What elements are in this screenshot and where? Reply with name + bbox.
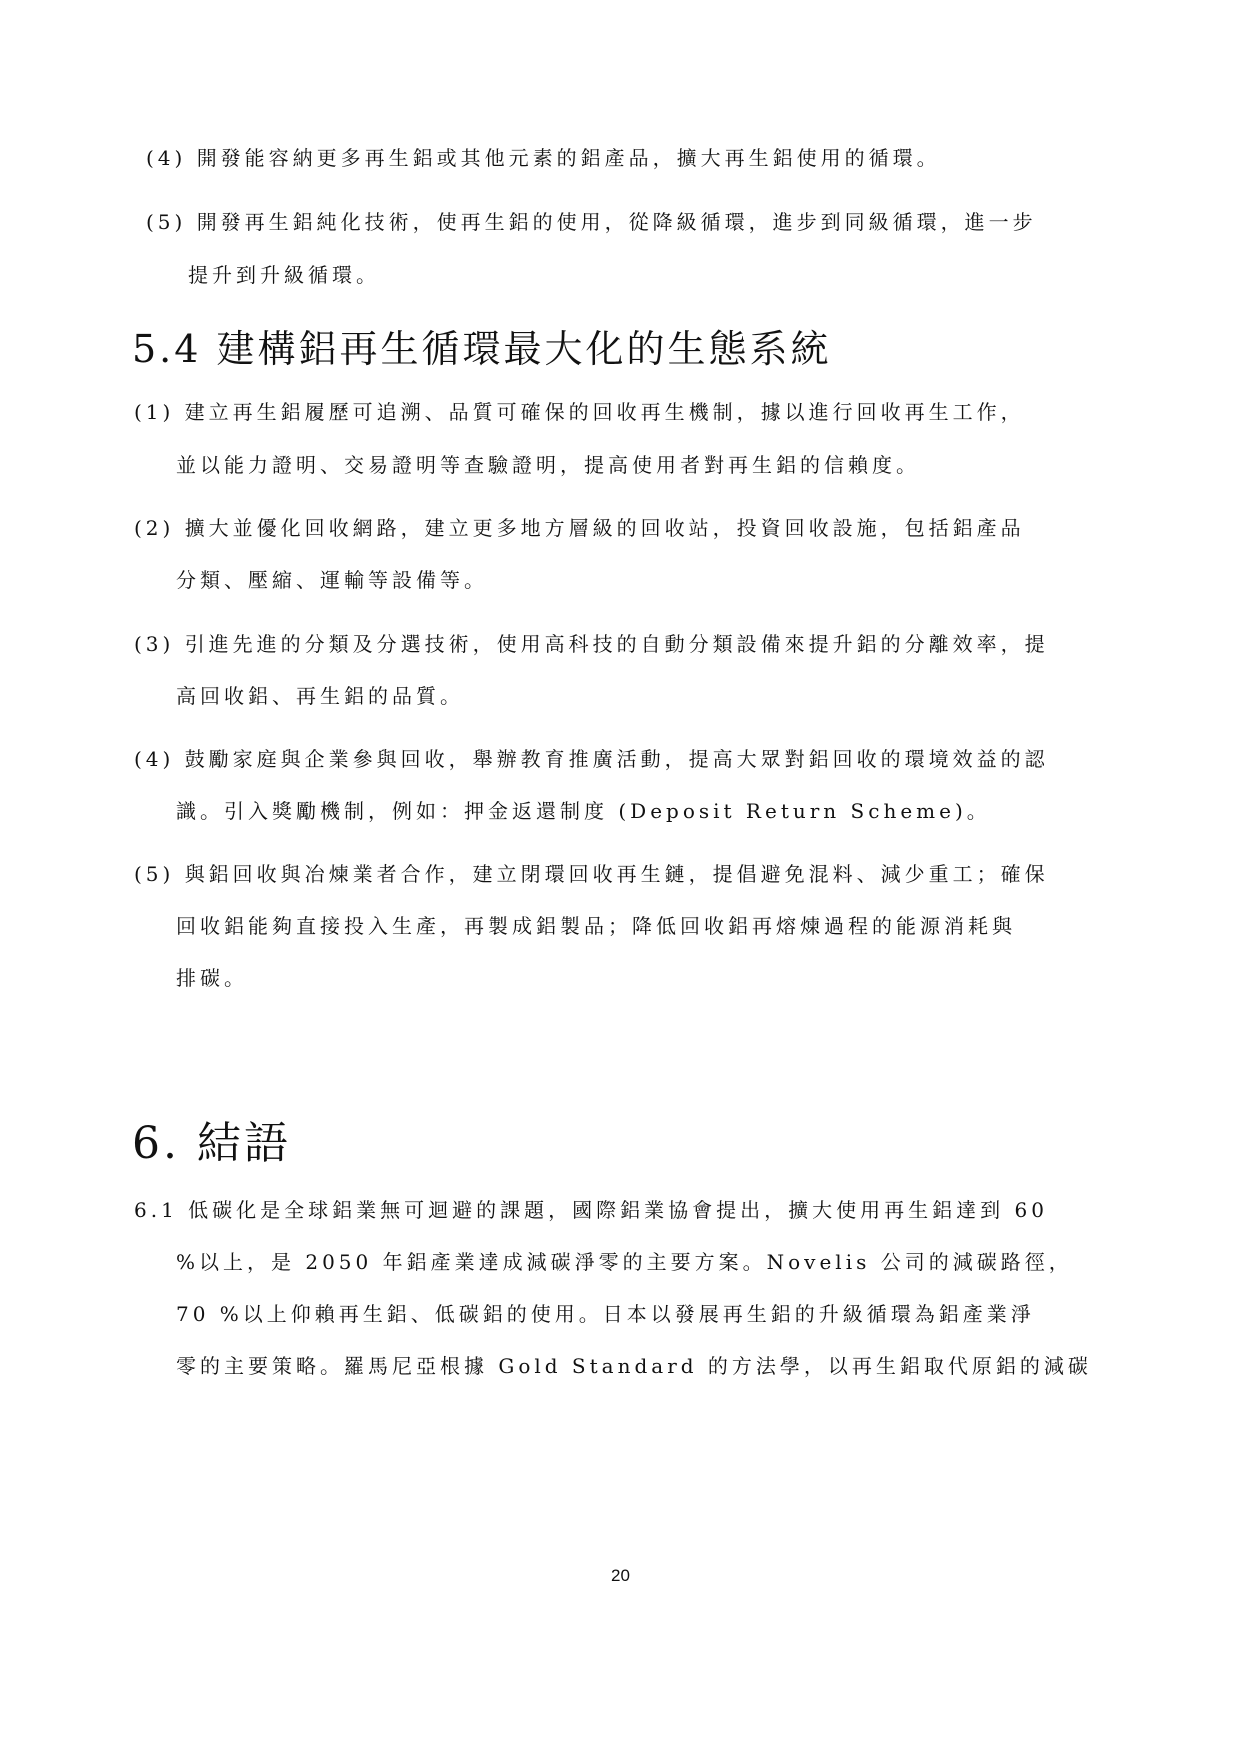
eco-item-5-cont2: 排碳。 (176, 968, 248, 988)
eco-item-1-cont: 並以能力證明、交易證明等查驗證明，提高使用者對再生鋁的信賴度。 (176, 455, 920, 475)
eco-item-2: (2) 擴大並優化回收網路，建立更多地方層級的回收站，投資回收設施，包括鋁產品 (134, 518, 1025, 538)
eco-item-2-cont: 分類、壓縮、運輸等設備等。 (176, 570, 488, 590)
list-item-4: (4) 開發能容納更多再生鋁或其他元素的鋁產品，擴大再生鋁使用的循環。 (146, 148, 941, 168)
para-6-1-cont: %以上，是 2050 年鋁產業達成減碳淨零的主要方案。Novelis 公司的減碳… (176, 1252, 1073, 1272)
eco-item-4: (4) 鼓勵家庭與企業參與回收，舉辦教育推廣活動，提高大眾對鋁回收的環境效益的認 (134, 749, 1049, 769)
eco-item-5-cont: 回收鋁能夠直接投入生產，再製成鋁製品；降低回收鋁再熔煉過程的能源消耗與 (176, 916, 1016, 936)
eco-item-3: (3) 引進先進的分類及分選技術，使用高科技的自動分類設備來提升鋁的分離效率，提 (134, 634, 1049, 654)
eco-item-5: (5) 與鋁回收與冶煉業者合作，建立閉環回收再生鏈，提倡避免混料、減少重工；確保 (134, 864, 1049, 884)
eco-item-4-cont: 識。引入獎勵機制，例如：押金返還制度 (Deposit Return Schem… (176, 801, 991, 821)
para-6-1-cont3: 零的主要策略。羅馬尼亞根據 Gold Standard 的方法學，以再生鋁取代原… (176, 1356, 1092, 1376)
para-6-1-cont2: 70 %以上仰賴再生鋁、低碳鋁的使用。日本以發展再生鋁的升級循環為鋁產業淨 (176, 1304, 1035, 1324)
para-6-1: 6.1 低碳化是全球鋁業無可迴避的課題，國際鋁業協會提出，擴大使用再生鋁達到 6… (134, 1200, 1048, 1220)
section-heading-6: 6. 結語 (132, 1122, 291, 1166)
eco-item-3-cont: 高回收鋁、再生鋁的品質。 (176, 686, 464, 706)
list-item-5: (5) 開發再生鋁純化技術，使再生鋁的使用，從降級循環，進步到同級循環，進一步 (146, 212, 1037, 232)
eco-item-1: (1) 建立再生鋁履歷可追溯、品質可確保的回收再生機制，據以進行回收再生工作， (134, 402, 1025, 422)
page-number: 20 (0, 1566, 1241, 1586)
list-item-5-cont: 提升到升級循環。 (188, 265, 380, 285)
section-heading-5-4: 5.4 建構鋁再生循環最大化的生態系統 (132, 330, 832, 368)
